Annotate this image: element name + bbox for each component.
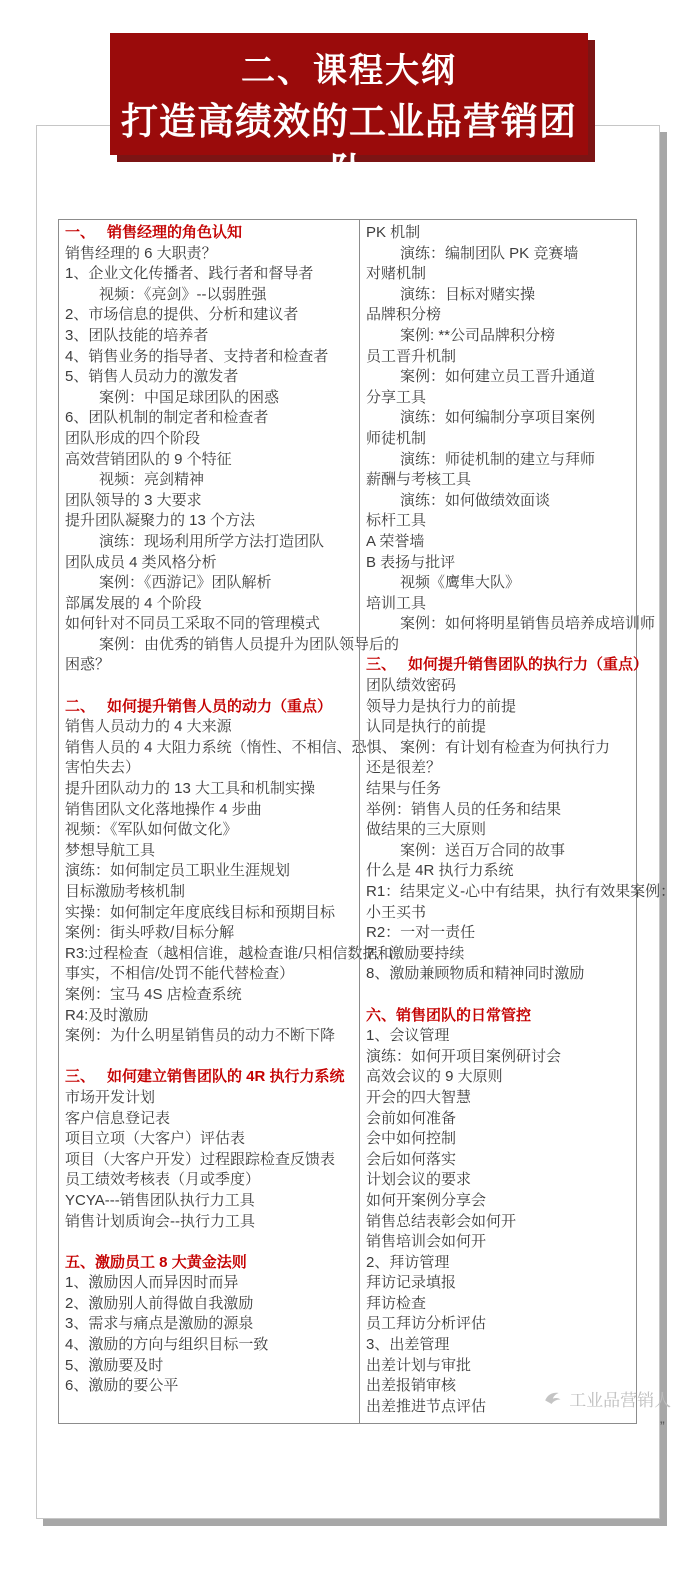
watermark: 工业品营销人 [542,1386,671,1411]
outline-line: 员工晋升机制 [366,347,675,368]
outline-line: 案例：如何将明星销售员培养成培训师 [366,614,675,635]
watermark-text: 工业品营销人 [569,1386,671,1411]
outline-column-right: 工业品营销人 PK 机制演练：编制团队 PK 竞赛墙对赌机制演练：目标对赌实操品… [359,220,681,1423]
outline-line: 视频《鹰隼大队》 [366,573,675,594]
section-number: 三、 [65,1068,95,1085]
outline-line: 员工拜访分析评估 [366,1314,675,1335]
section-title: 销售团队的日常管控 [396,1007,531,1024]
outline-line: 3、需求与痛点是激励的源泉 [65,1314,353,1335]
outline-line: 销售计划质询会--执行力工具 [65,1212,353,1233]
section-heading: 六、销售团队的日常管控 [366,1006,675,1027]
section-number: 一、 [65,224,95,241]
outline-line: 薪酬与考核工具 [366,470,675,491]
banner: 二、课程大纲 打造高绩效的工业品营销团队 [110,33,588,155]
blank-line [65,1232,353,1253]
section-number: 三、 [366,656,396,673]
outline-line: YCYA---销售团队执行力工具 [65,1191,353,1212]
outline-line: 3、团队技能的培养者 [65,326,353,347]
outline-line: A 荣誉墙 [366,532,675,553]
outline-line: 困惑？ [65,655,353,676]
outline-line: 演练：如何做绩效面谈 [366,491,675,512]
banner-title-line2: 打造高绩效的工业品营销团队 [110,97,588,197]
outline-line: 8、激励兼顾物质和精神同时激励 [366,964,675,985]
outline-line: 高效会议的 9 大原则 [366,1067,675,1088]
outline-line: 项目立项（大客户）评估表 [65,1129,353,1150]
outline-line: 小王买书 [366,903,675,924]
outline-line: 领导力是执行力的前提 [366,697,675,718]
outline-line: 培训工具 [366,594,675,615]
outline-line: 结果与任务 [366,779,675,800]
outline-line: 演练：目标对赌实操 [366,285,675,306]
outline-line: 害怕失去） [65,758,353,779]
outline-line: 演练：编制团队 PK 竞赛墙 [366,244,675,265]
outline-line: 会前如何准备 [366,1109,675,1130]
outline-line: R1：结果定义-心中有结果，执行有效果案例： [366,882,675,903]
outline-line: PK 机制 [366,223,675,244]
section-title: 如何建立销售团队的 4R 执行力系统 [107,1068,345,1085]
section-title: 如何提升销售人员的动力（重点） [107,698,332,715]
section-heading: 一、销售经理的角色认知 [65,223,353,244]
outline-line: 开会的四大智慧 [366,1088,675,1109]
outline-line: 对赌机制 [366,264,675,285]
outline-line: 案例: **公司品牌积分榜 [366,326,675,347]
outline-line: 演练：如何制定员工职业生涯规划 [65,861,353,882]
outline-line: 演练：现场利用所学方法打造团队 [65,532,353,553]
outline-line: 案例：中国足球团队的困惑 [65,388,353,409]
outline-line: 案例：送百万合同的故事 [366,841,675,862]
outline-line: 会后如何落实 [366,1150,675,1171]
outline-line: 出差计划与审批 [366,1356,675,1377]
outline-line: 高效营销团队的 9 个特征 [65,450,353,471]
outline-line: 事实，不相信/处罚不能代替检查） [65,964,353,985]
outline-line: 市场开发计划 [65,1088,353,1109]
outline-line: 案例：《西游记》团队解析 [65,573,353,594]
outline-line: B 表扬与批评 [366,553,675,574]
outline-line: 销售人员动力的 4 大来源 [65,717,353,738]
outline-line: 品牌积分榜 [366,305,675,326]
outline-line: 5、销售人员动力的激发者 [65,367,353,388]
section-title: 激励员工 8 大黄金法则 [95,1254,247,1271]
outline-line: 拜访记录填报 [366,1273,675,1294]
outline-line: 团队绩效密码 [366,676,675,697]
outline-line: 2、激励别人前得做自我激励 [65,1294,353,1315]
outline-line: 案例：宝马 4S 店检查系统 [65,985,353,1006]
outline-line: 1、会议管理 [366,1026,675,1047]
outline-line: 案例：街头呼救/目标分解 [65,923,353,944]
blank-line [366,635,675,656]
brand-logo-icon [542,1388,564,1410]
blank-line [366,985,675,1006]
outline-line: 如何开案例分享会 [366,1191,675,1212]
outline-line: 部属发展的 4 个阶段 [65,594,353,615]
outline-line: 项目（大客户开发）过程跟踪检查反馈表 [65,1150,353,1171]
outline-line: 案例：有计划有检查为何执行力 [366,738,675,759]
outline-line: 师徒机制 [366,429,675,450]
outline-line: 7、激励要持续 [366,944,675,965]
outline-line: 案例：如何建立员工晋升通道 [366,367,675,388]
blank-line [65,676,353,697]
outline-line: 销售经理的 6 大职责？ [65,244,353,265]
outline-line: 4、销售业务的指导者、支持者和检查者 [65,347,353,368]
outline-line: 实操：如何制定年度底线目标和预期目标 [65,903,353,924]
outline-line: 举例：销售人员的任务和结果 [366,800,675,821]
outline-line: 销售人员的 4 大阻力系统（惰性、不相信、恐惧、 [65,738,353,759]
outline-line: 团队成员 4 类风格分析 [65,553,353,574]
outline-line: 标杆工具 [366,511,675,532]
blank-line [65,1047,353,1068]
outline-line: R3:过程检查（越相信谁，越检查谁/只相信数据和 [65,944,353,965]
outline-line: 视频：《军队如何做文化》 [65,820,353,841]
outline-line: 什么是 4R 执行力系统 [366,861,675,882]
outline-line: 分享工具 [366,388,675,409]
outline-line: 认同是执行的前提 [366,717,675,738]
banner-title-line1: 二、课程大纲 [110,45,588,97]
outline-line: 演练：师徒机制的建立与拜师 [366,450,675,471]
section-heading: 五、激励员工 8 大黄金法则 [65,1253,353,1274]
outline-line: 6、激励的要公平 [65,1376,353,1397]
outline-line: 销售团队文化落地操作 4 步曲 [65,800,353,821]
outline-line: 提升团队动力的 13 大工具和机制实操 [65,779,353,800]
outline-line: 做结果的三大原则 [366,820,675,841]
outline-line: 3、出差管理 [366,1335,675,1356]
outline-line: 提升团队凝聚力的 13 个方法 [65,511,353,532]
outline-line: 销售培训会如何开 [366,1232,675,1253]
outline-line: 1、激励因人而异因时而异 [65,1273,353,1294]
outline-line: 6、团队机制的制定者和检查者 [65,408,353,429]
outline-line: 目标激励考核机制 [65,882,353,903]
outline-line: 5、激励要及时 [65,1356,353,1377]
outline-line: 计划会议的要求 [366,1170,675,1191]
outline-line: 拜访检查 [366,1294,675,1315]
outline-line: 团队形成的四个阶段 [65,429,353,450]
outline-line: 4、激励的方向与组织目标一致 [65,1335,353,1356]
outline-line: 团队领导的 3 大要求 [65,491,353,512]
section-number: 六、 [366,1007,396,1024]
section-heading: 三、如何提升销售团队的执行力（重点） [366,655,675,676]
outline-line: 会中如何控制 [366,1129,675,1150]
outline-line: 如何针对不同员工采取不同的管理模式 [65,614,353,635]
outline-line: 演练：如何编制分享项目案例 [366,408,675,429]
outline-line: R4:及时激励 [65,1006,353,1027]
outline-line: 视频：《亮剑》--以弱胜强 [65,285,353,306]
outline-column-left: 一、销售经理的角色认知销售经理的 6 大职责？1、企业文化传播者、践行者和督导者… [59,220,359,1423]
section-title: 销售经理的角色认知 [107,224,242,241]
section-heading: 三、如何建立销售团队的 4R 执行力系统 [65,1067,353,1088]
outline-line: 案例：由优秀的销售人员提升为团队领导后的 [65,635,353,656]
outline-line: 销售总结表彰会如何开 [366,1212,675,1233]
outline-line: 还是很差？ [366,758,675,779]
outline-line: 客户信息登记表 [65,1109,353,1130]
outline-line: 2、市场信息的提供、分析和建议者 [65,305,353,326]
outline-line: 1、企业文化传播者、践行者和督导者 [65,264,353,285]
stray-quote-mark: ” [660,1418,665,1434]
section-heading: 二、如何提升销售人员的动力（重点） [65,697,353,718]
outline-table: 一、销售经理的角色认知销售经理的 6 大职责？1、企业文化传播者、践行者和督导者… [58,219,637,1424]
outline-line: 梦想导航工具 [65,841,353,862]
outline-line: 员工绩效考核表（月或季度） [65,1170,353,1191]
section-number: 二、 [65,698,95,715]
outline-line: 视频：亮剑精神 [65,470,353,491]
outline-line: R2：一对一责任 [366,923,675,944]
section-title: 如何提升销售团队的执行力（重点） [408,656,648,673]
section-number: 五、 [65,1254,95,1271]
outline-line: 2、拜访管理 [366,1253,675,1274]
outline-line: 演练：如何开项目案例研讨会 [366,1047,675,1068]
outline-line: 案例：为什么明星销售员的动力不断下降 [65,1026,353,1047]
